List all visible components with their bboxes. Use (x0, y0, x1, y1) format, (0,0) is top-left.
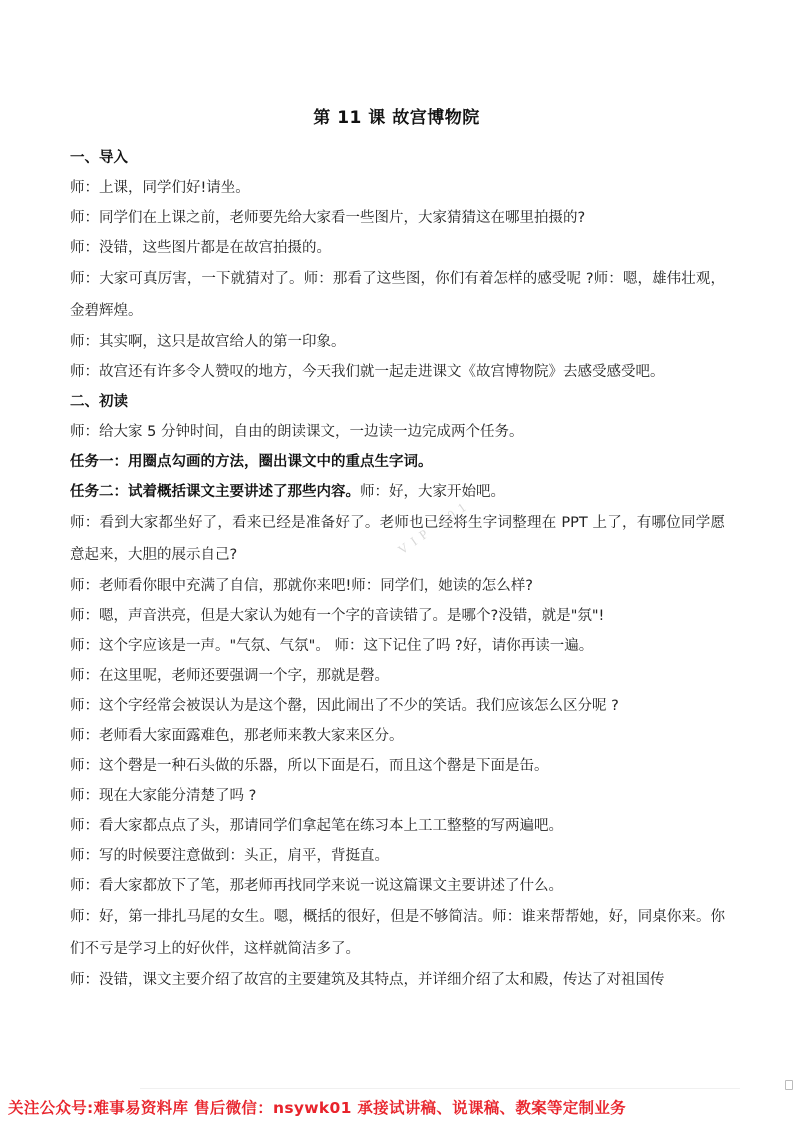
promo-footer: 关注公众号:难事易资料库 售后微信：nsywk01 承接试讲稿、说课稿、教案等定… (8, 1096, 793, 1118)
document-body: 一、导入 师：上课，同学们好!请坐。 师：同学们在上课之前，老师要先给大家看一些… (70, 143, 725, 995)
task-two-rest: 师：好，大家开始吧。 (360, 484, 505, 500)
paragraph: 师：大家可真厉害，一下就猜对了。师：那看了这些图，你们有着怎样的感受呢 ?师：嗯… (70, 263, 725, 327)
section-heading-first-reading: 二、初读 (70, 387, 725, 417)
paragraph: 师：其实啊，这只是故宫给人的第一印象。 (70, 327, 725, 357)
paragraph: 师：故宫还有许多令人赞叹的地方，今天我们就一起走进课文《故宫博物院》去感受感受吧… (70, 357, 725, 387)
document-page: 第 11 课 故宫博物院 一、导入 师：上课，同学们好!请坐。 师：同学们在上课… (0, 0, 793, 1122)
page-title: 第 11 课 故宫博物院 (0, 103, 793, 128)
paragraph: 师：现在大家能分清楚了吗 ? (70, 781, 725, 811)
paragraph: 师：上课，同学们好!请坐。 (70, 173, 725, 203)
corner-mark-icon (785, 1080, 793, 1090)
paragraph: 师：没错，课文主要介绍了故宫的主要建筑及其特点，并详细介绍了太和殿，传达了对祖国… (70, 965, 725, 995)
paragraph: 师：这个磬是一种石头做的乐器，所以下面是石，而且这个罄是下面是缶。 (70, 751, 725, 781)
footer-divider (140, 1088, 740, 1089)
section-heading-intro: 一、导入 (70, 143, 725, 173)
paragraph: 师：给大家 5 分钟时间，自由的朗读课文，一边读一边完成两个任务。 (70, 417, 725, 447)
paragraph: 师：老师看你眼中充满了自信，那就你来吧!师：同学们，她读的怎么样? (70, 571, 725, 601)
paragraph: 师：老师看大家面露难色，那老师来教大家来区分。 (70, 721, 725, 751)
task-two-label: 任务二：试着概括课文主要讲述了那些内容。 (70, 484, 360, 500)
task-two: 任务二：试着概括课文主要讲述了那些内容。师：好，大家开始吧。 (70, 477, 725, 507)
paragraph: 师：好，第一排扎马尾的女生。嗯，概括的很好，但是不够简洁。师：谁来帮帮她，好，同… (70, 901, 725, 965)
paragraph: 师：同学们在上课之前，老师要先给大家看一些图片，大家猜猜这在哪里拍摄的? (70, 203, 725, 233)
paragraph: 师：在这里呢，老师还要强调一个字，那就是磬。 (70, 661, 725, 691)
paragraph: 师：看大家都放下了笔，那老师再找同学来说一说这篇课文主要讲述了什么。 (70, 871, 725, 901)
paragraph: 师：这个字应该是一声。"气氛、气氛"。 师：这下记住了吗 ?好，请你再读一遍。 (70, 631, 725, 661)
paragraph: 师：嗯，声音洪亮，但是大家认为她有一个字的音读错了。是哪个?没错，就是"氛"! (70, 601, 725, 631)
paragraph: 师：看大家都点点了头，那请同学们拿起笔在练习本上工工整整的写两遍吧。 (70, 811, 725, 841)
paragraph: 师：没错，这些图片都是在故宫拍摄的。 (70, 233, 725, 263)
paragraph: 师：写的时候要注意做到：头正，肩平，背挺直。 (70, 841, 725, 871)
task-one: 任务一：用圈点勾画的方法，圈出课文中的重点生字词。 (70, 447, 725, 477)
paragraph: 师：这个字经常会被误认为是这个罄，因此闹出了不少的笑话。我们应该怎么区分呢 ? (70, 691, 725, 721)
paragraph: 师：看到大家都坐好了，看来已经是准备好了。老师也已经将生字词整理在 PPT 上了… (70, 507, 725, 571)
